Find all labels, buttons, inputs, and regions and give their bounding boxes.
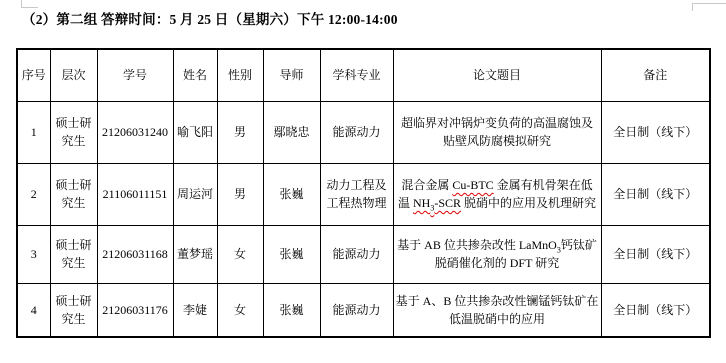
cell-note: 全日制（线下） bbox=[601, 163, 710, 225]
cell-name: 周运河 bbox=[173, 163, 217, 225]
cell-advisor: 张巍 bbox=[263, 225, 320, 283]
cell-advisor: 鄢晓忠 bbox=[263, 101, 320, 163]
cell-thesis-title: 基于 A、B 位共掺杂改性镧锰钙钛矿在低温脱硝中的应用 bbox=[393, 283, 601, 337]
col-header-gender: 性别 bbox=[217, 49, 263, 101]
cell-advisor: 张巍 bbox=[263, 163, 320, 225]
cell-level: 硕士研究生 bbox=[50, 163, 97, 225]
cell-name: 董梦瑶 bbox=[173, 225, 217, 283]
cell-note: 全日制（线下） bbox=[601, 101, 710, 163]
cell-gender: 女 bbox=[217, 283, 263, 337]
col-header-no: 序号 bbox=[17, 49, 50, 101]
cell-thesis-title: 混合金属 Cu-BTC 金属有机骨架在低温 NH3-SCR 脱硝中的应用及机理研… bbox=[393, 163, 601, 225]
cell-note: 全日制（线下） bbox=[601, 225, 710, 283]
cell-name: 喻飞阳 bbox=[173, 101, 217, 163]
cell-major: 能源动力 bbox=[320, 225, 393, 283]
cell-advisor: 张巍 bbox=[263, 283, 320, 337]
table-row: 3 硕士研究生 21206031168 董梦瑶 女 张巍 能源动力 基于 AB … bbox=[17, 225, 710, 283]
cell-gender: 男 bbox=[217, 163, 263, 225]
cell-thesis-title: 基于 AB 位共掺杂改性 LaMnO3钙钛矿脱硝催化剂的 DFT 研究 bbox=[393, 225, 601, 283]
cell-thesis-title: 超临界对冲锅炉变负荷的高温腐蚀及贴壁风防腐模拟研究 bbox=[393, 101, 601, 163]
cell-major: 能源动力 bbox=[320, 283, 393, 337]
cell-major: 动力工程及工程热物理 bbox=[320, 163, 393, 225]
table-row: 2 硕士研究生 21106011151 周运河 男 张巍 动力工程及工程热物理 … bbox=[17, 163, 710, 225]
col-header-level: 层次 bbox=[50, 49, 97, 101]
cell-level: 硕士研究生 bbox=[50, 225, 97, 283]
col-header-major: 学科专业 bbox=[320, 49, 393, 101]
table-row: 4 硕士研究生 21206031176 李婕 女 张巍 能源动力 基于 A、B … bbox=[17, 283, 710, 337]
col-header-student-id: 学号 bbox=[97, 49, 173, 101]
cell-no: 1 bbox=[17, 101, 50, 163]
page-margin-mark-left bbox=[21, 0, 38, 8]
col-header-name: 姓名 bbox=[173, 49, 217, 101]
cell-no: 4 bbox=[17, 283, 50, 337]
cell-student-id: 21206031240 bbox=[97, 101, 173, 163]
cell-note: 全日制（线下） bbox=[601, 283, 710, 337]
col-header-advisor: 导师 bbox=[263, 49, 320, 101]
cell-major: 能源动力 bbox=[320, 101, 393, 163]
page-title: （2）第二组 答辩时间：5 月 25 日（星期六）下午 12:00-14:00 bbox=[22, 8, 398, 28]
page-margin-mark-right bbox=[692, 3, 726, 11]
col-header-thesis-title: 论文题目 bbox=[393, 49, 601, 101]
col-header-note: 备注 bbox=[601, 49, 710, 101]
cell-student-id: 21106011151 bbox=[97, 163, 173, 225]
cell-no: 3 bbox=[17, 225, 50, 283]
cell-student-id: 21206031168 bbox=[97, 225, 173, 283]
cell-name: 李婕 bbox=[173, 283, 217, 337]
cell-level: 硕士研究生 bbox=[50, 101, 97, 163]
table-row: 1 硕士研究生 21206031240 喻飞阳 男 鄢晓忠 能源动力 超临界对冲… bbox=[17, 101, 710, 163]
cell-no: 2 bbox=[17, 163, 50, 225]
cell-gender: 男 bbox=[217, 101, 263, 163]
cell-gender: 女 bbox=[217, 225, 263, 283]
table-header-row: 序号 层次 学号 姓名 性别 导师 学科专业 论文题目 备注 bbox=[17, 49, 710, 101]
cell-student-id: 21206031176 bbox=[97, 283, 173, 337]
defense-schedule-table: 序号 层次 学号 姓名 性别 导师 学科专业 论文题目 备注 1 硕士研究生 2… bbox=[16, 48, 711, 338]
cell-level: 硕士研究生 bbox=[50, 283, 97, 337]
